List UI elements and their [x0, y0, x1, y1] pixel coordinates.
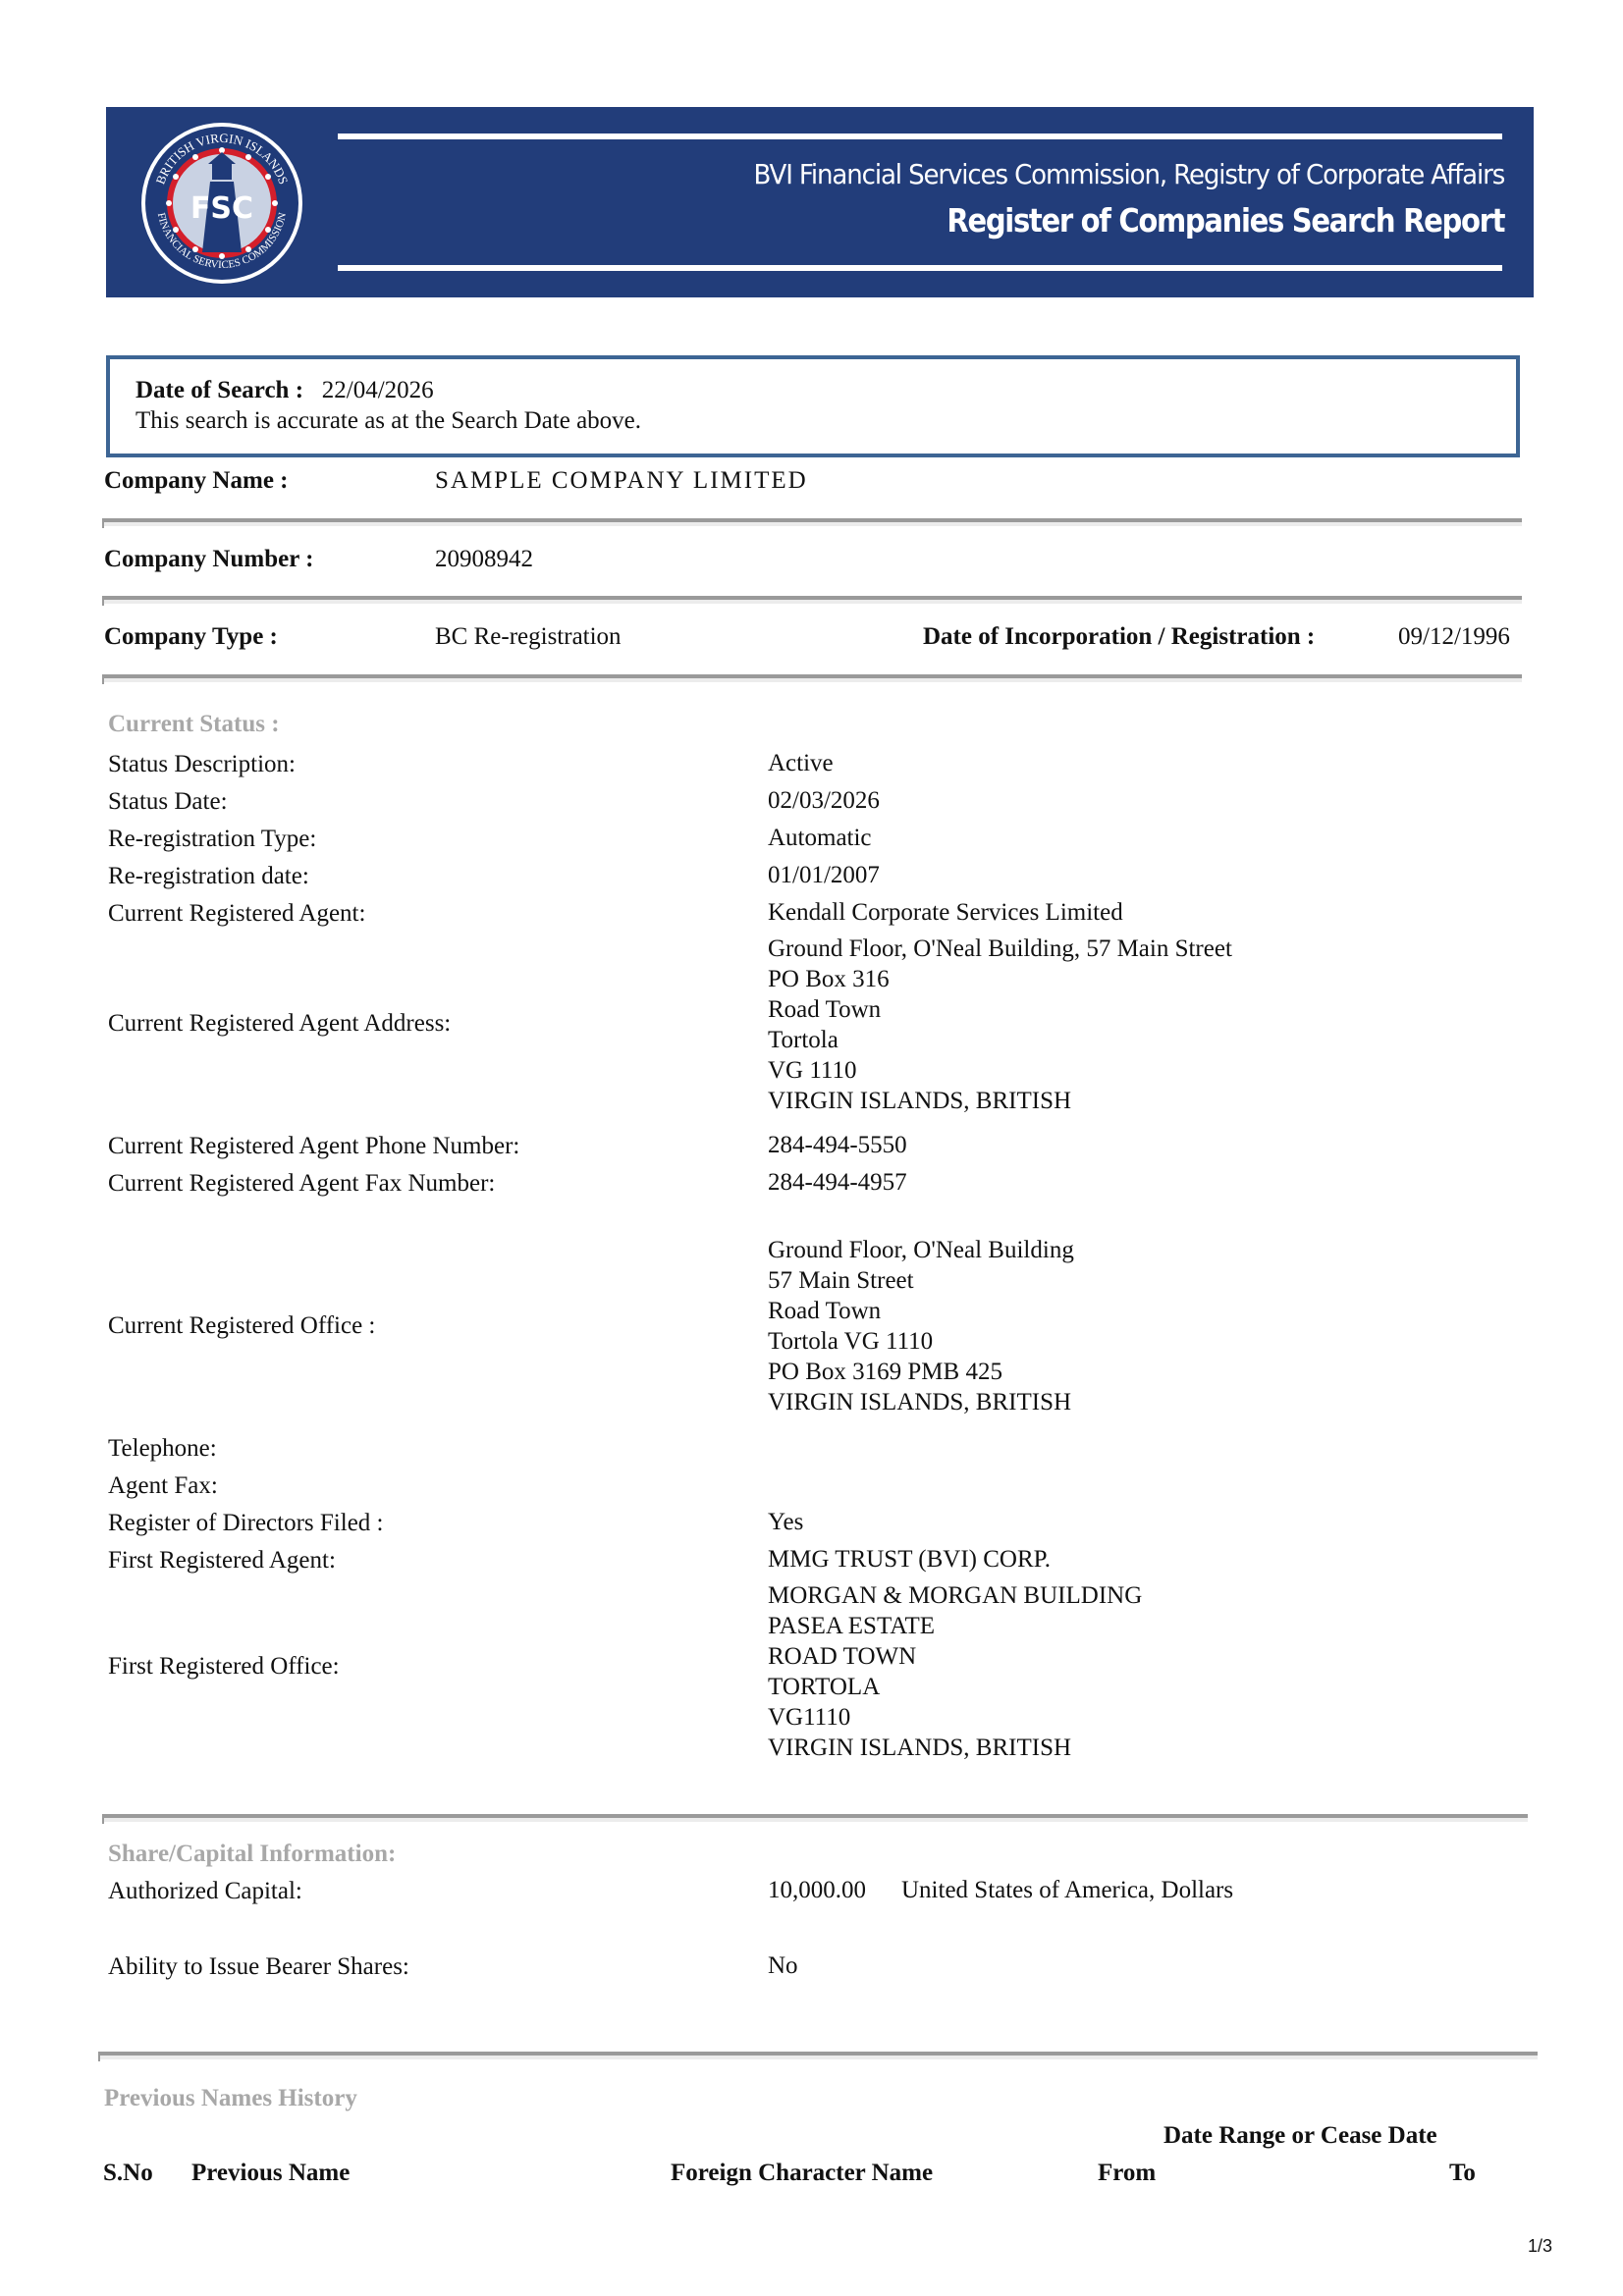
value-line: 02/03/2026 [768, 785, 880, 816]
status-row-value: Kendall Corporate Services Limited [768, 897, 1123, 928]
header-banner: FSC BRITISH VIRGIN ISLANDS FINANCIAL SER… [106, 107, 1534, 297]
status-row-label: Status Description: [108, 751, 296, 778]
bearer-shares-label: Ability to Issue Bearer Shares: [108, 1953, 409, 1981]
value-line: PO Box 3169 PMB 425 [768, 1357, 1074, 1387]
value-line: PO Box 316 [768, 964, 1232, 994]
status-row-label: First Registered Office: [108, 1653, 340, 1681]
status-row-value: Ground Floor, O'Neal Building, 57 Main S… [768, 934, 1232, 1116]
company-type-label: Company Type : [104, 623, 278, 651]
svg-text:FSC: FSC [190, 191, 253, 226]
current-status-title: Current Status : [108, 711, 280, 738]
status-row-label: Register of Directors Filed : [108, 1510, 384, 1537]
col-from: From [1098, 2160, 1156, 2187]
banner-title-org: BVI Financial Services Commission, Regis… [753, 158, 1504, 190]
previous-names-title: Previous Names History [104, 2085, 357, 2112]
status-row-value: MORGAN & MORGAN BUILDINGPASEA ESTATEROAD… [768, 1580, 1142, 1763]
search-date-box: Date of Search : 22/04/2026 This search … [106, 355, 1520, 457]
status-row-label: Current Registered Office : [108, 1312, 375, 1340]
col-sno: S.No [103, 2160, 153, 2187]
value-line: Automatic [768, 823, 872, 853]
value-line: VG 1110 [768, 1055, 1232, 1086]
value-line: VIRGIN ISLANDS, BRITISH [768, 1387, 1074, 1417]
value-line: 284-494-4957 [768, 1167, 907, 1198]
status-row-label: Status Date: [108, 788, 228, 816]
divider [98, 2052, 1538, 2056]
value-line: 57 Main Street [768, 1265, 1074, 1296]
status-row-label: Telephone: [108, 1435, 217, 1463]
divider [102, 674, 1522, 678]
page-number: 1/3 [1528, 2236, 1552, 2257]
status-row-label: Agent Fax: [108, 1472, 218, 1500]
value-line: Ground Floor, O'Neal Building, 57 Main S… [768, 934, 1232, 964]
status-row-value: MMG TRUST (BVI) CORP. [768, 1544, 1051, 1575]
col-foreign-character-name: Foreign Character Name [671, 2160, 933, 2187]
banner-title-report: Register of Companies Search Report [947, 201, 1504, 240]
value-line: MMG TRUST (BVI) CORP. [768, 1544, 1051, 1575]
bearer-shares-value: No [768, 1950, 798, 1981]
banner-rule-bottom [338, 265, 1502, 271]
status-row-label: Current Registered Agent Address: [108, 1010, 451, 1038]
status-row-label: First Registered Agent: [108, 1547, 336, 1575]
company-name-value: SAMPLE COMPANY LIMITED [435, 467, 808, 495]
value-line: 284-494-5550 [768, 1130, 907, 1160]
search-date-value: 22/04/2026 [322, 377, 434, 403]
value-line: Yes [768, 1507, 803, 1537]
value-line: ROAD TOWN [768, 1641, 1142, 1672]
share-capital-title: Share/Capital Information: [108, 1841, 396, 1868]
status-row-value: 01/01/2007 [768, 860, 880, 890]
status-row-label: Re-registration date: [108, 863, 309, 890]
value-line: Road Town [768, 1296, 1074, 1326]
incorporation-date-value: 09/12/1996 [1398, 623, 1510, 651]
banner-rule-top [338, 133, 1502, 139]
status-row-value: 284-494-5550 [768, 1130, 907, 1160]
status-row-label: Current Registered Agent Phone Number: [108, 1133, 519, 1160]
value-line: VIRGIN ISLANDS, BRITISH [768, 1733, 1142, 1763]
value-line: PASEA ESTATE [768, 1611, 1142, 1641]
value-line: VIRGIN ISLANDS, BRITISH [768, 1086, 1232, 1116]
company-number-value: 20908942 [435, 546, 533, 573]
search-date-label: Date of Search : [135, 377, 303, 403]
col-previous-name: Previous Name [191, 2160, 350, 2187]
divider [102, 596, 1522, 600]
value-line: Kendall Corporate Services Limited [768, 897, 1123, 928]
search-note: This search is accurate as at the Search… [135, 405, 1490, 436]
divider [102, 518, 1522, 522]
value-line: Active [768, 748, 834, 778]
authorized-capital-label: Authorized Capital: [108, 1878, 302, 1905]
company-type-value: BC Re-registration [435, 623, 622, 651]
status-row-value: Ground Floor, O'Neal Building57 Main Str… [768, 1235, 1074, 1417]
value-line: TORTOLA [768, 1672, 1142, 1702]
value-line: Road Town [768, 994, 1232, 1025]
status-row-value: 02/03/2026 [768, 785, 880, 816]
value-line: Tortola [768, 1025, 1232, 1055]
company-name-label: Company Name : [104, 467, 289, 495]
status-row-label: Current Registered Agent: [108, 900, 365, 928]
company-number-label: Company Number : [104, 546, 313, 573]
divider [102, 1814, 1528, 1818]
col-to: To [1449, 2160, 1476, 2187]
value-line: 01/01/2007 [768, 860, 880, 890]
authorized-capital-currency: United States of America, Dollars [901, 1875, 1233, 1905]
status-row-value: Yes [768, 1507, 803, 1537]
value-line: Tortola VG 1110 [768, 1326, 1074, 1357]
date-range-group-header: Date Range or Cease Date [1163, 2122, 1437, 2150]
incorporation-date-label: Date of Incorporation / Registration : [923, 623, 1315, 651]
status-row-label: Current Registered Agent Fax Number: [108, 1170, 495, 1198]
status-row-label: Re-registration Type: [108, 826, 316, 853]
status-row-value: Automatic [768, 823, 872, 853]
value-line: Ground Floor, O'Neal Building [768, 1235, 1074, 1265]
authorized-capital-amount: 10,000.00 [768, 1875, 866, 1905]
lighthouse-seal-icon: FSC BRITISH VIRGIN ISLANDS FINANCIAL SER… [139, 121, 304, 286]
value-line: MORGAN & MORGAN BUILDING [768, 1580, 1142, 1611]
status-row-value: 284-494-4957 [768, 1167, 907, 1198]
status-row-value: Active [768, 748, 834, 778]
value-line: VG1110 [768, 1702, 1142, 1733]
